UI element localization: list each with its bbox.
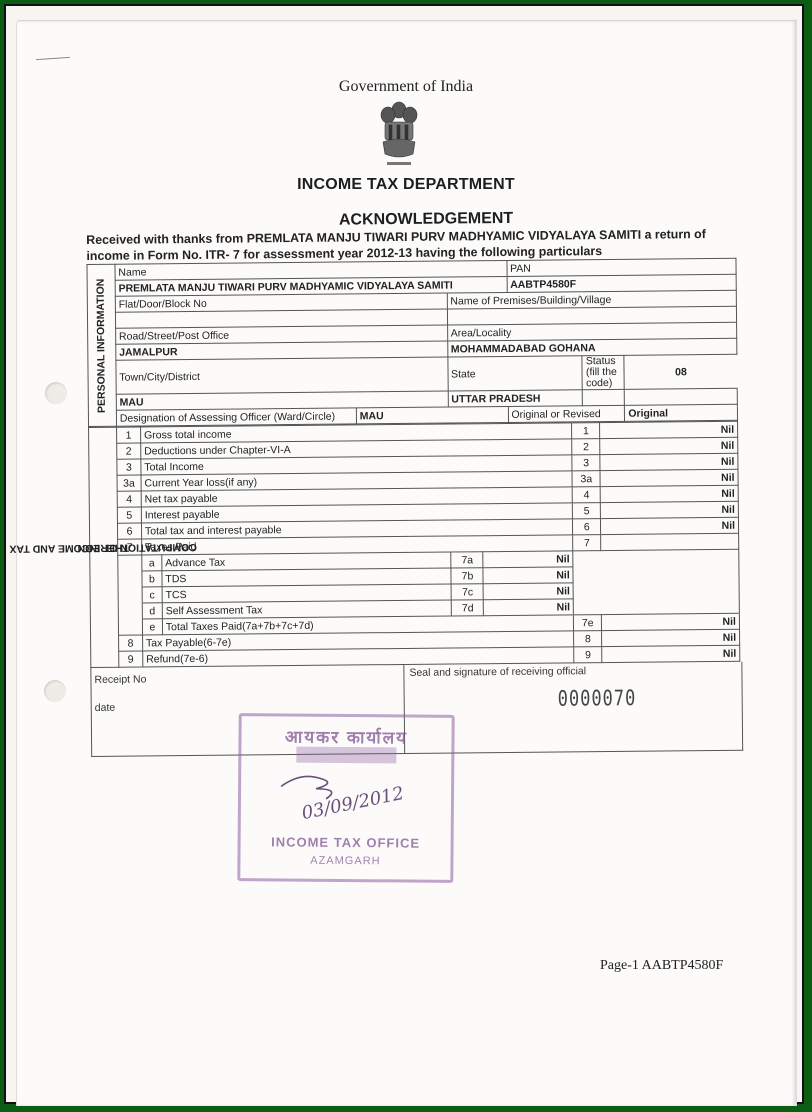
sub-value: Nil	[484, 599, 574, 616]
sub-letter: b	[142, 571, 162, 587]
row-value: Nil	[602, 645, 740, 662]
personal-info-table: PERSONAL INFORMATION Name PAN PREMLATA M…	[86, 258, 738, 427]
sub-letter: c	[142, 587, 162, 603]
receipt-label: Receipt No	[94, 673, 146, 685]
date-label: date	[95, 702, 116, 714]
punch-hole	[44, 680, 66, 702]
row-value: Nil	[601, 501, 739, 518]
ao-label: Designation of Assessing Officer (Ward/C…	[116, 408, 356, 426]
status-blank	[583, 389, 625, 405]
personal-section-label: PERSONAL INFORMATION	[87, 264, 116, 426]
row-value: Nil	[600, 421, 738, 438]
status-value: 08	[624, 354, 737, 389]
total-paid-value: Nil	[602, 613, 740, 630]
row-value: Nil	[601, 517, 739, 534]
stamp-city: AZAMGARH	[240, 854, 450, 868]
stamp-office: INCOME TAX OFFICE	[241, 834, 451, 851]
page-footer: Page-1 AABTP4580F	[600, 958, 723, 974]
sub-letter: a	[142, 555, 162, 571]
row-number: 1	[116, 427, 140, 443]
row-code: 6	[573, 519, 601, 535]
acknowledgement-form: ACKNOWLEDGEMENT Received with thanks fro…	[86, 208, 751, 757]
computation-table: COMPUTATION OF INCOME AND TAXTHEREON1Gro…	[88, 421, 740, 668]
sub-code: 7d	[452, 600, 484, 616]
department-heading: INCOME TAX DEPARTMENT	[0, 176, 812, 194]
computation-section-label: COMPUTATION OF INCOME AND TAXTHEREON	[89, 427, 119, 667]
row-code: 3a	[572, 471, 600, 487]
sub-letter: d	[142, 603, 162, 619]
row-value: Nil	[600, 453, 738, 470]
office-stamp: आयकर कार्यालय 03/09/2012 INCOME TAX OFFI…	[237, 713, 454, 883]
status-label: Status (fill the code)	[582, 355, 624, 389]
state-value: UTTAR PRADESH	[448, 390, 583, 407]
state-label: State	[447, 356, 582, 391]
sub-value: Nil	[483, 567, 573, 584]
row-value: Nil	[600, 485, 738, 502]
town-label: Town/City/District	[116, 357, 448, 394]
sub-value: Nil	[483, 583, 573, 600]
row-number: 3a	[117, 475, 141, 491]
row-number: 6	[117, 523, 141, 539]
government-heading: Government of India	[0, 78, 812, 96]
row-value: Nil	[600, 437, 738, 454]
ao-value: MAU	[356, 406, 508, 423]
sub-code: 7c	[452, 584, 484, 600]
row-number: 3	[117, 459, 141, 475]
sub-code: 7b	[451, 568, 483, 584]
row-number: 2	[117, 443, 141, 459]
seal-label: Seal and signature of receiving official	[409, 665, 586, 679]
row-code: 5	[573, 503, 601, 519]
orig-label: Original or Revised	[508, 405, 625, 422]
row-code: 7	[573, 535, 601, 551]
national-emblem-icon	[377, 100, 421, 172]
sub-value: Nil	[483, 551, 573, 568]
row-number: 5	[117, 507, 141, 523]
punch-hole	[45, 382, 67, 404]
row-value: Nil	[600, 469, 738, 486]
receipt-number: 0000070	[558, 686, 637, 712]
row-code: 3	[572, 455, 600, 471]
row-number: 4	[117, 491, 141, 507]
row-code: 2	[572, 439, 600, 455]
status-blank-2	[625, 388, 738, 405]
orig-value: Original	[625, 404, 738, 421]
row-code: 1	[572, 423, 600, 439]
row-value	[601, 533, 739, 550]
sub-code: 7a	[451, 552, 483, 568]
row-value: Nil	[602, 629, 740, 646]
row-code: 4	[572, 487, 600, 503]
